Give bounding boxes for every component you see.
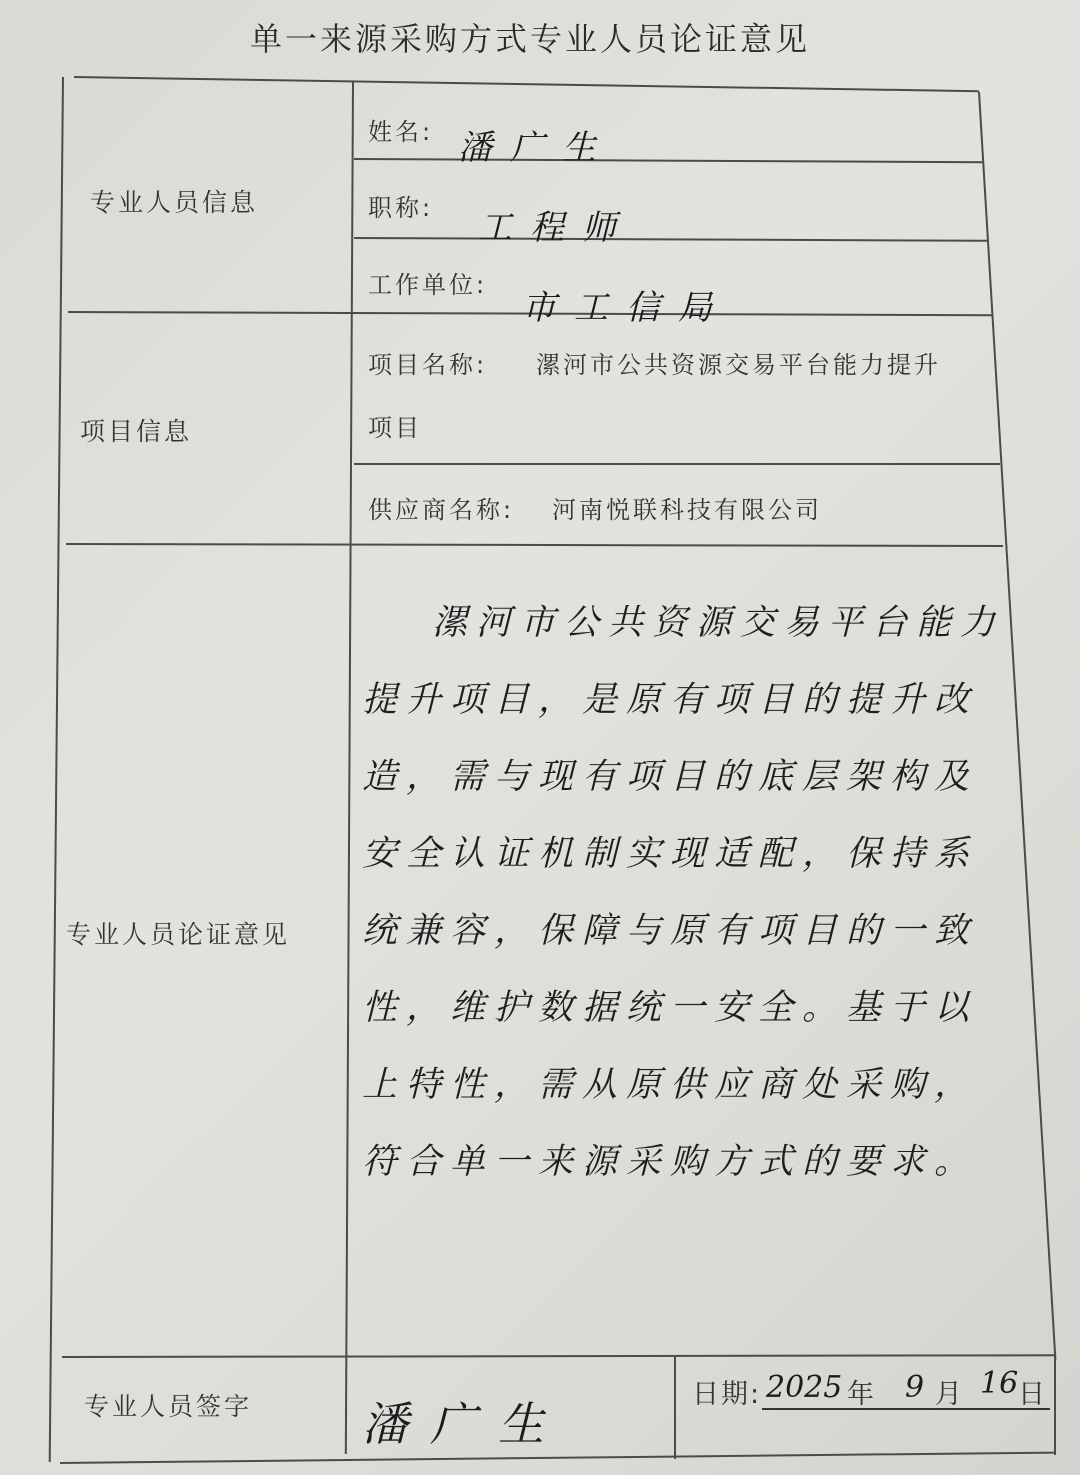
date-month-unit: 月 xyxy=(935,1372,962,1411)
table-border-left xyxy=(49,77,64,1462)
project-name-value-cont: 项目 xyxy=(368,408,422,443)
signature-label: 专业人员签字 xyxy=(84,1387,252,1423)
document-title: 单一来源采购方式专业人员论证意见 xyxy=(150,14,910,60)
date-cell-divider xyxy=(674,1357,676,1459)
supplier-name-label: 供应商名称: xyxy=(368,490,514,525)
date-underline xyxy=(762,1408,1050,1410)
work-unit-value: 市工信局 xyxy=(522,280,730,329)
name-value: 潘广生 xyxy=(458,120,614,169)
row-line-project xyxy=(66,543,1003,547)
title-label: 职称: xyxy=(368,188,433,223)
name-label: 姓名: xyxy=(368,112,433,147)
row-line-name xyxy=(354,158,984,163)
title-value: 工程师 xyxy=(478,200,634,249)
signature-value: 潘广生 xyxy=(362,1388,566,1454)
row-line-opinion xyxy=(62,1354,1056,1358)
row-line-title xyxy=(354,237,988,242)
table-border-top xyxy=(74,76,979,92)
supplier-name-value: 河南悦联科技有限公司 xyxy=(552,490,822,525)
personnel-info-label: 专业人员信息 xyxy=(90,183,258,219)
date-day-unit: 日 xyxy=(1018,1372,1045,1411)
date-month: 9 xyxy=(905,1370,924,1405)
date-day: 16 xyxy=(980,1366,1018,1401)
project-name-label: 项目名称: xyxy=(368,345,487,380)
date-year: 2025 xyxy=(766,1370,842,1405)
opinion-label: 专业人员论证意见 xyxy=(66,915,290,951)
date-label: 日期: xyxy=(692,1372,761,1411)
date-year-unit: 年 xyxy=(847,1372,874,1411)
opinion-text: 漯河市公共资源交易平台能力提升项目，是原有项目的提升改造，需与现有项目的底层架构… xyxy=(362,585,1012,1201)
work-unit-label: 工作单位: xyxy=(368,265,487,300)
project-info-label: 项目信息 xyxy=(80,412,192,448)
sig-right-border xyxy=(1054,1355,1056,1455)
row-line-project-name xyxy=(354,463,1000,465)
column-divider xyxy=(345,82,354,1454)
project-name-value: 漯河市公共资源交易平台能力提升 xyxy=(536,345,941,380)
